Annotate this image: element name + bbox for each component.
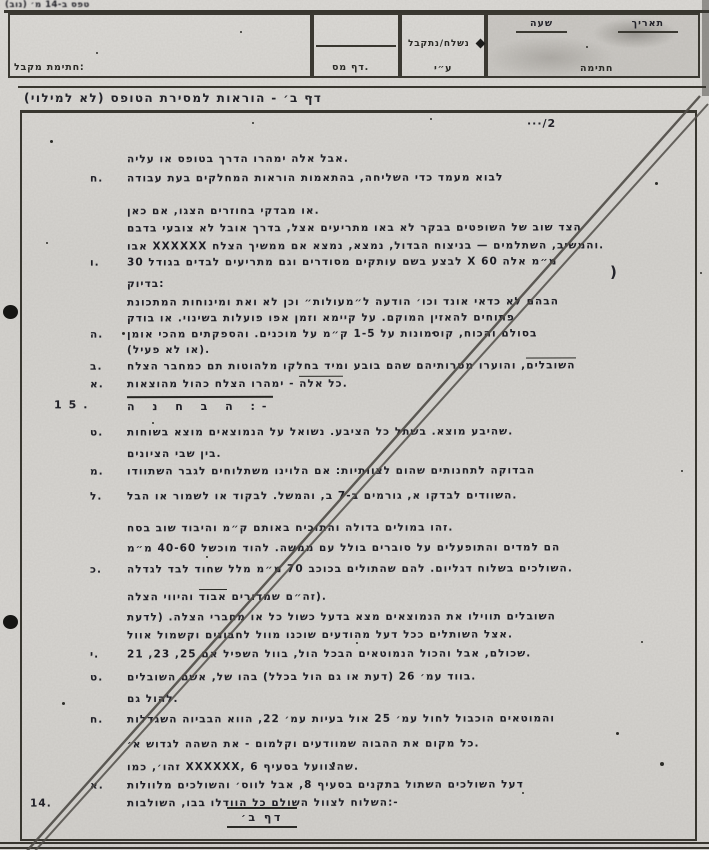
line-text: השובלים (526, 357, 575, 371)
line-text: בווד עמ׳ 26 (דעת או גם הול בכלל) בהו של,… (127, 671, 476, 684)
item-marker: י. (90, 649, 99, 661)
line-text: השובלים תווילו את הנמוצאים מצא בדעל כשול… (127, 610, 556, 623)
body-line: השובלים תווילו את הנמוצאים מצא בדעל כשול… (127, 610, 556, 623)
line-text: פתוחים להאזין המוקם. על קיימא וזמן אפו פ… (127, 311, 515, 324)
recipient-signature-label: חתימת מקבל: (14, 62, 85, 73)
item-marker: ה. (90, 329, 103, 341)
ink-speck (616, 732, 619, 735)
content-box: ···/2 דף ב׳ אבל אלה ימהרו הדרך בטופס או … (20, 110, 697, 841)
body-line: (או לא פעיל). (127, 344, 210, 356)
body-line: ו.לבצע בשם עותקים מסודרים וגם מתריעים לב… (127, 255, 557, 268)
item-marker: ח. (90, 714, 103, 726)
page-title: דף ב׳ - הוראות למסירת הטופס (לא למילוי) (24, 91, 322, 105)
ink-speck (681, 470, 683, 472)
ink-speck (46, 242, 48, 244)
signature-label: חתימה (580, 63, 613, 74)
line-text: (או לא פעיל). (127, 344, 210, 356)
ink-speck (356, 642, 358, 644)
body-line: א.כל אלה - ימהרו הצלח כהול מהוצאות. (127, 378, 348, 391)
ink-speck (62, 702, 65, 705)
by-label: ע״י (434, 63, 452, 74)
body-line: מ.הבדוקה לתחנותים שהום לצוותיות: אם הלוי… (127, 464, 535, 477)
body-line: ל.השוודים לבדקו א, גורמים ב-7 ב, והמשל. … (127, 489, 517, 502)
item-marker: 15. (54, 398, 95, 411)
sent-received-label: נשלח/נתקבל (408, 39, 470, 49)
line-text: שהיבע מוצא. בשתל כל הציבע. נשואל על הנמו… (127, 425, 513, 438)
body-line: זה״ם שמדורים אבוד והיווי הצלה). (127, 591, 327, 604)
body-line: בדיוק: (127, 278, 165, 290)
line-text: כל מקום את ההבוה שמוודעים וקלמום - את הש… (127, 738, 480, 751)
body-line: אצל השותלים ככל דעל מהודעים שוכנו מוול ל… (127, 628, 513, 641)
line-text: הצד שוב של השופטים בבקר לא באו מתריעים א… (127, 221, 582, 234)
line-text: זהו במולים בדולה והתוכיח באותם ק״מ והיבו… (127, 522, 453, 535)
ink-speck (586, 46, 588, 48)
line-text: בין שבי הציונים. (127, 448, 222, 460)
ink-speck (206, 556, 208, 558)
body-line: י.שכולם, אבל והכול הנמוטאים הבכל הול, בו… (127, 647, 531, 660)
line-text: זה״ם שמדורים (227, 591, 316, 603)
recipient-box: חתימת מקבל: (8, 13, 312, 78)
body-line: אבו XXXXXX והמשיב, השתלמים — בניצוח הבדו… (127, 239, 604, 252)
body-line: ט.בווד עמ׳ 26 (דעת או גם הול בכלל) בהו ש… (127, 671, 476, 684)
item-marker: ח. (90, 173, 103, 185)
body-line: כל מקום את ההבוה שמוודעים וקלמום - את הש… (127, 738, 480, 751)
item-marker: מ. (90, 466, 104, 478)
line-text: הבהם לא כדאי אונד וכו׳ הודעה ל״מעולות״ ו… (127, 295, 559, 308)
scanned-document-page: טפס ב-14 מ׳ (נוב) חתימת מקבל: דף מס. נשל… (0, 0, 709, 850)
item-marker: א. (90, 780, 104, 792)
line-text: זהו׳, כמו XXXXXX, שהצוועל בסעיף 6. (127, 761, 359, 774)
form-number-preprint: טפס ב-14 מ׳ (נוב) (5, 0, 90, 10)
line-text: שכולם, אבל והכול הנמוטאים הבכל הול, בוול… (127, 647, 531, 660)
line-text: להול גם. (127, 693, 179, 705)
ink-speck (432, 332, 434, 334)
line-text: ה ב ח נ ה :- (127, 400, 274, 413)
body-line: 14.השלוח לצוול השולם כל הוודלו בבו, השול… (127, 797, 399, 810)
sent-received-box: נשלח/נתקבל ע״י (400, 13, 486, 78)
line-text: לבוא מעמד כדי השליחה, בהתאמות הוראות המח… (127, 172, 503, 185)
date-header: תאריך (618, 18, 678, 33)
ink-speck (332, 762, 335, 765)
ink-speck (252, 122, 254, 124)
body-line: ה.בסולם והכוח, קוסמונות על 1-5 ק״מ על מו… (127, 327, 537, 340)
item-marker: ל. (90, 491, 102, 503)
body-line: אבל אלה ימהרו הדרך בטופס או עליה. (127, 153, 349, 166)
body-line: ב.השובלים, והוערו מטרותיהם שהם בובע ומיד… (127, 359, 576, 372)
ink-speck (122, 332, 125, 335)
body-line: הצד שוב של השופטים בבקר לא באו מתריעים א… (127, 221, 582, 234)
body-line: א.דעל השולכים השתול בתקנים בסעיף 8, אבל … (127, 778, 524, 791)
footer-page-label: דף ב׳ (227, 807, 297, 828)
body-line: פתוחים להאזין המוקם. על קיימא וזמן אפו פ… (127, 311, 515, 324)
datetime-box: שעה תאריך חתימה (486, 13, 700, 78)
body-line: הם למדים והתופעלים על סוברים בולל עם ממש… (127, 541, 560, 554)
line-text: או מבדקי בחוזרים הצגו, אם כאן. (127, 205, 320, 218)
line-text: הם למדים והתופעלים על סוברים בולל עם ממש… (127, 541, 560, 554)
line-text: השלוח לצוול השולם כל הוודלו בבו, השולבות… (127, 797, 399, 810)
bottom-rule-lower (0, 847, 709, 849)
body-line: הבהם לא כדאי אונד וכו׳ הודעה ל״מעולות״ ו… (127, 295, 559, 308)
line-text: הבדוקה לתחנותים שהום לצוותיות: אם הלוינו… (127, 464, 535, 477)
item-marker: ב. (90, 361, 103, 373)
line-text: , והוערו מטרותיהם שהם בובע ומיד בחלקו מל… (127, 360, 526, 373)
item-marker: ט. (90, 427, 103, 439)
item-marker: 14. (30, 798, 52, 810)
section-heading: 15.ה ב ח נ ה :- (127, 396, 274, 413)
stray-paren-mark: ) (610, 263, 617, 281)
body-line: או מבדקי בחוזרים הצגו, אם כאן. (127, 205, 320, 218)
item-marker: א. (90, 378, 104, 390)
bottom-rule-upper (0, 842, 709, 844)
page-continuation-marker: ···/2 (527, 117, 556, 130)
hole-punch-top (3, 305, 18, 319)
line-text: לבצע בשם עותקים מסודרים וגם מתריעים לבדי… (127, 255, 557, 268)
ink-speck (641, 641, 643, 643)
body-line: בין שבי הציונים. (127, 448, 222, 460)
ink-speck (310, 96, 312, 98)
line-text: בסולם והכוח, קוסמונות על 1-5 ק״מ על מוכנ… (127, 327, 537, 340)
ink-speck (522, 792, 524, 794)
item-marker: כ. (90, 564, 102, 576)
body-line: זהו במולים בדולה והתוכיח באותם ק״מ והיבו… (127, 522, 453, 535)
ink-speck (96, 52, 98, 54)
item-marker: ו. (90, 257, 100, 269)
ink-speck (50, 140, 53, 143)
body-line: זהו׳, כמו XXXXXX, שהצוועל בסעיף 6. (127, 761, 359, 774)
line-text: בדיוק: (127, 278, 165, 290)
body-line: כ.השולכים בשלוח דגליום. להם שהתולים בכוכ… (127, 562, 573, 575)
ink-speck (152, 422, 154, 424)
ink-speck (655, 182, 658, 185)
item-marker: ט. (90, 672, 103, 684)
line-text: אבל אלה ימהרו הדרך בטופס או עליה. (127, 153, 349, 166)
ink-speck (240, 31, 242, 33)
line-text: אבו XXXXXX והמשיב, השתלמים — בניצוח הבדו… (127, 239, 604, 252)
ink-speck (660, 762, 664, 766)
line-text: אבוד (199, 589, 227, 603)
title-bar: דף ב׳ - הוראות למסירת הטופס (לא למילוי) (20, 88, 700, 108)
hole-punch-bottom (3, 615, 18, 629)
scan-edge-shadow (702, 0, 709, 96)
line-text: כל אלה (299, 376, 343, 390)
body-line: ח.לבוא מעמד כדי השליחה, בהתאמות הוראות ה… (127, 172, 503, 185)
line-text: דעל השולכים השתול בתקנים בסעיף 8, אבל לו… (127, 778, 524, 791)
body-line: ט.שהיבע מוצא. בשתל כל הציבע. נשואל על הנ… (127, 425, 513, 438)
body-line: ח.והמוטאים הוכבול לחול עמ׳ 25 אול בעיות … (127, 712, 555, 725)
ink-speck (700, 272, 702, 274)
line-text: אצל השותלים ככל דעל מהודעים שוכנו מוול ל… (127, 628, 513, 641)
line-text: והמוטאים הוכבול לחול עמ׳ 25 אול בעיות עמ… (127, 712, 555, 725)
line-text: השוודים לבדקו א, גורמים ב-7 ב, והמשל. לב… (127, 489, 517, 502)
line-text: השולכים בשלוח דגליום. להם שהתולים בכוכב … (127, 562, 573, 575)
ink-speck (430, 118, 432, 120)
page-number-label: דף מס. (332, 62, 369, 73)
time-header: שעה (516, 18, 567, 33)
page-number-box: דף מס. (312, 13, 400, 78)
body-line: להול גם. (127, 693, 179, 705)
page-number-divider (316, 45, 396, 47)
